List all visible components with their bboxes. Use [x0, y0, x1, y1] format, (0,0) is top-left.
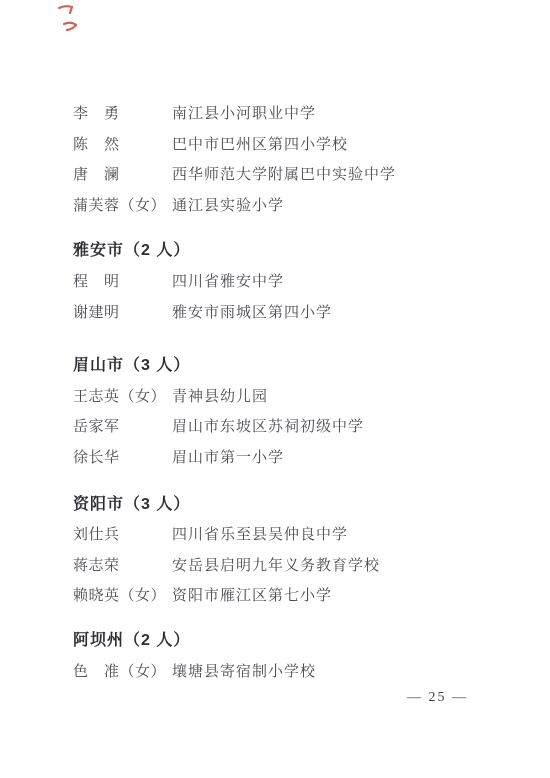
school-name: 四川省雅安中学: [172, 267, 512, 298]
school-name: 青神县幼儿园: [172, 382, 512, 413]
page-number: — 25 —: [407, 690, 468, 706]
school-name: 眉山市东坡区苏祠初级中学: [172, 412, 512, 443]
roster-row: 谢建明雅安市雨城区第四小学: [73, 298, 512, 329]
person-name: 蒋志荣: [73, 551, 172, 582]
person-name: 王志英（女）: [73, 382, 172, 413]
person-name: 谢建明: [73, 298, 172, 329]
roster-row: 徐长华眉山市第一小学: [73, 443, 512, 474]
roster-row: 唐 澜西华师范大学附属巴中实验中学: [73, 160, 512, 191]
person-name: 李 勇: [73, 99, 172, 130]
roster-row: 色 准（女）壤塘县寄宿制小学校: [73, 657, 512, 688]
school-name: 巴中市巴州区第四小学校: [172, 130, 512, 161]
school-name: 西华师范大学附属巴中实验中学: [172, 160, 512, 191]
city-section-header: 资阳市（3 人）: [73, 490, 512, 521]
person-name: 岳家军: [73, 412, 172, 443]
roster-row: 蒲芙蓉（女）通江县实验小学: [73, 191, 512, 222]
school-name: 南江县小河职业中学: [172, 99, 512, 130]
red-pen-mark-icon: [56, 3, 86, 35]
roster-row: 王志英（女）青神县幼儿园: [73, 382, 512, 413]
school-name: 四川省乐至县吴仲良中学: [172, 520, 512, 551]
city-section-header: 阿坝州（2 人）: [73, 626, 512, 657]
city-section-header: 眉山市（3 人）: [73, 351, 512, 382]
person-name: 刘仕兵: [73, 520, 172, 551]
person-name: 赖晓英（女）: [73, 581, 172, 612]
school-name: 雅安市雨城区第四小学: [172, 298, 512, 329]
person-name: 色 准（女）: [73, 657, 172, 688]
city-section: 眉山市（3 人）王志英（女）青神县幼儿园岳家军眉山市东坡区苏祠初级中学徐长华眉山…: [73, 351, 512, 473]
roster-row: 陈 然巴中市巴州区第四小学校: [73, 130, 512, 161]
school-name: 资阳市雁江区第七小学: [172, 581, 512, 612]
person-name: 程 明: [73, 267, 172, 298]
person-name: 唐 澜: [73, 160, 172, 191]
roster-sections: 李 勇南江县小河职业中学陈 然巴中市巴州区第四小学校唐 澜西华师范大学附属巴中实…: [73, 99, 512, 687]
person-name: 徐长华: [73, 443, 172, 474]
school-name: 壤塘县寄宿制小学校: [172, 657, 512, 688]
city-section: 资阳市（3 人）刘仕兵四川省乐至县吴仲良中学蒋志荣安岳县启明九年义务教育学校赖晓…: [73, 490, 512, 612]
city-section: 李 勇南江县小河职业中学陈 然巴中市巴州区第四小学校唐 澜西华师范大学附属巴中实…: [73, 99, 512, 221]
school-name: 通江县实验小学: [172, 191, 512, 222]
roster-row: 岳家军眉山市东坡区苏祠初级中学: [73, 412, 512, 443]
city-section: 阿坝州（2 人）色 准（女）壤塘县寄宿制小学校: [73, 626, 512, 687]
document-page: 李 勇南江县小河职业中学陈 然巴中市巴州区第四小学校唐 澜西华师范大学附属巴中实…: [0, 0, 550, 778]
roster-row: 蒋志荣安岳县启明九年义务教育学校: [73, 551, 512, 582]
person-name: 蒲芙蓉（女）: [73, 191, 172, 222]
roster-row: 李 勇南江县小河职业中学: [73, 99, 512, 130]
school-name: 安岳县启明九年义务教育学校: [172, 551, 512, 582]
city-section-header: 雅安市（2 人）: [73, 236, 512, 267]
roster-row: 刘仕兵四川省乐至县吴仲良中学: [73, 520, 512, 551]
city-section: 雅安市（2 人）程 明四川省雅安中学谢建明雅安市雨城区第四小学: [73, 236, 512, 328]
school-name: 眉山市第一小学: [172, 443, 512, 474]
roster-row: 赖晓英（女）资阳市雁江区第七小学: [73, 581, 512, 612]
person-name: 陈 然: [73, 130, 172, 161]
roster-row: 程 明四川省雅安中学: [73, 267, 512, 298]
